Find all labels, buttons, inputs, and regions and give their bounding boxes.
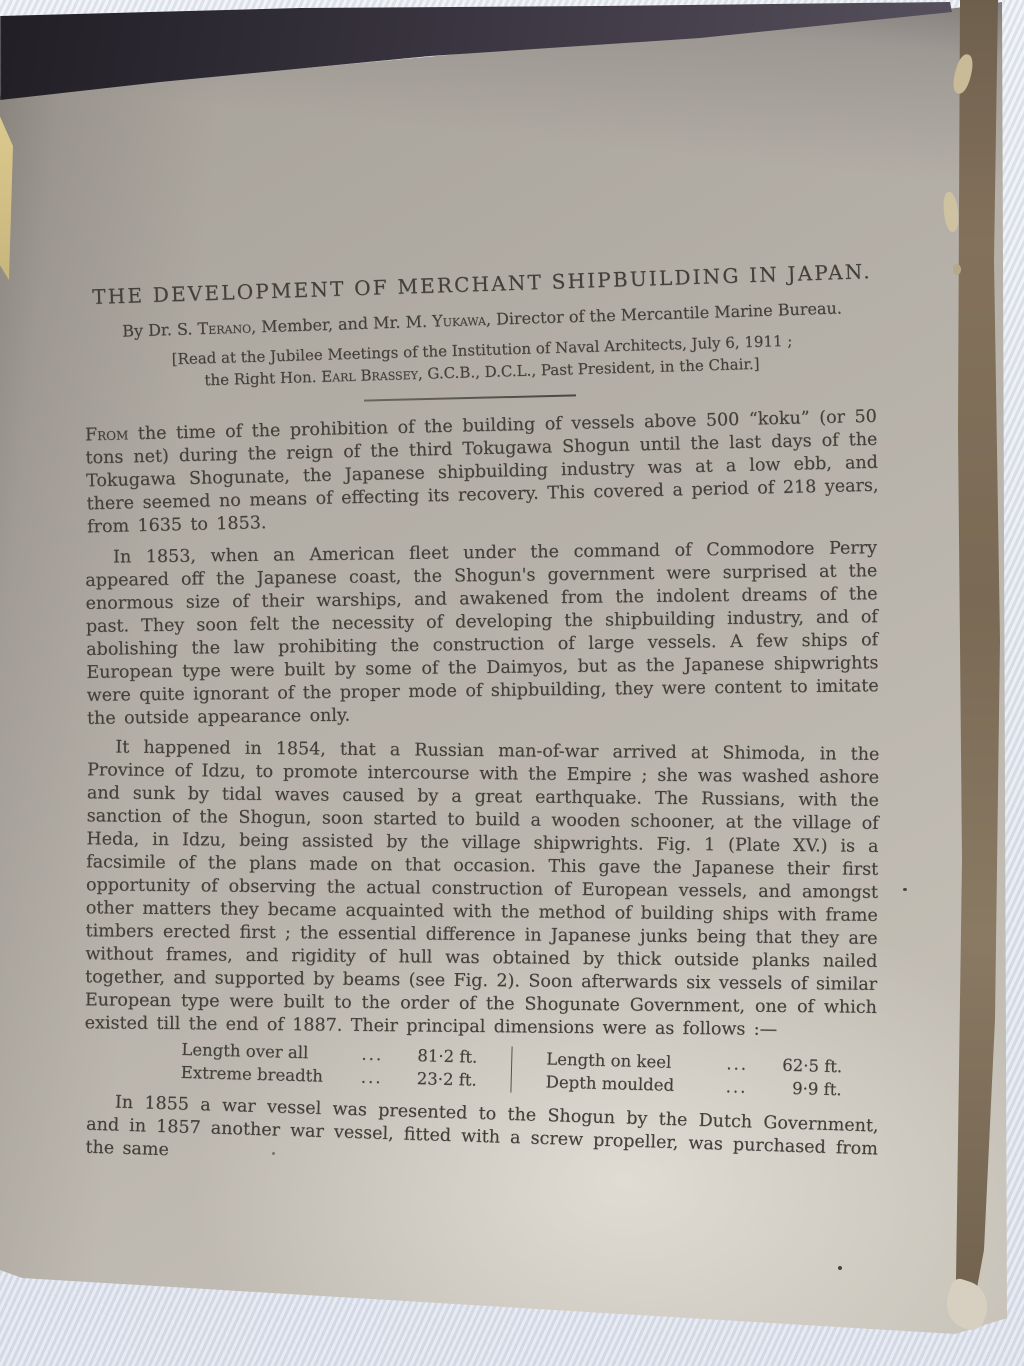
dimensions-table: Length over all...81·2 ft.Extreme breadt… bbox=[181, 1038, 879, 1102]
dust-speck bbox=[903, 888, 907, 891]
dust-speck bbox=[838, 1266, 842, 1270]
paragraph-4: In 1855 a war vessel was presented to th… bbox=[85, 1091, 879, 1185]
paper-content: THE DEVELOPMENT OF MERCHANT SHIPBUILDING… bbox=[86, 272, 878, 1184]
divider-rule bbox=[364, 394, 576, 401]
fore-edge-chip bbox=[953, 264, 961, 275]
paragraph-3: It happened in 1854, that a Russian man-… bbox=[85, 736, 880, 1043]
dimensions-column-left: Length over all...81·2 ft.Extreme breadt… bbox=[181, 1038, 478, 1092]
dimensions-column-right: Length on keel...62·5 ft.Depth moulded..… bbox=[510, 1047, 842, 1102]
photo-of-paper-page: { "photo": { "background_color": "#dde2e… bbox=[0, 0, 1024, 1366]
paragraph-1: From the time of the prohibition of the … bbox=[85, 406, 879, 540]
paragraph-2: In 1853, when an American fleet under th… bbox=[85, 537, 879, 731]
